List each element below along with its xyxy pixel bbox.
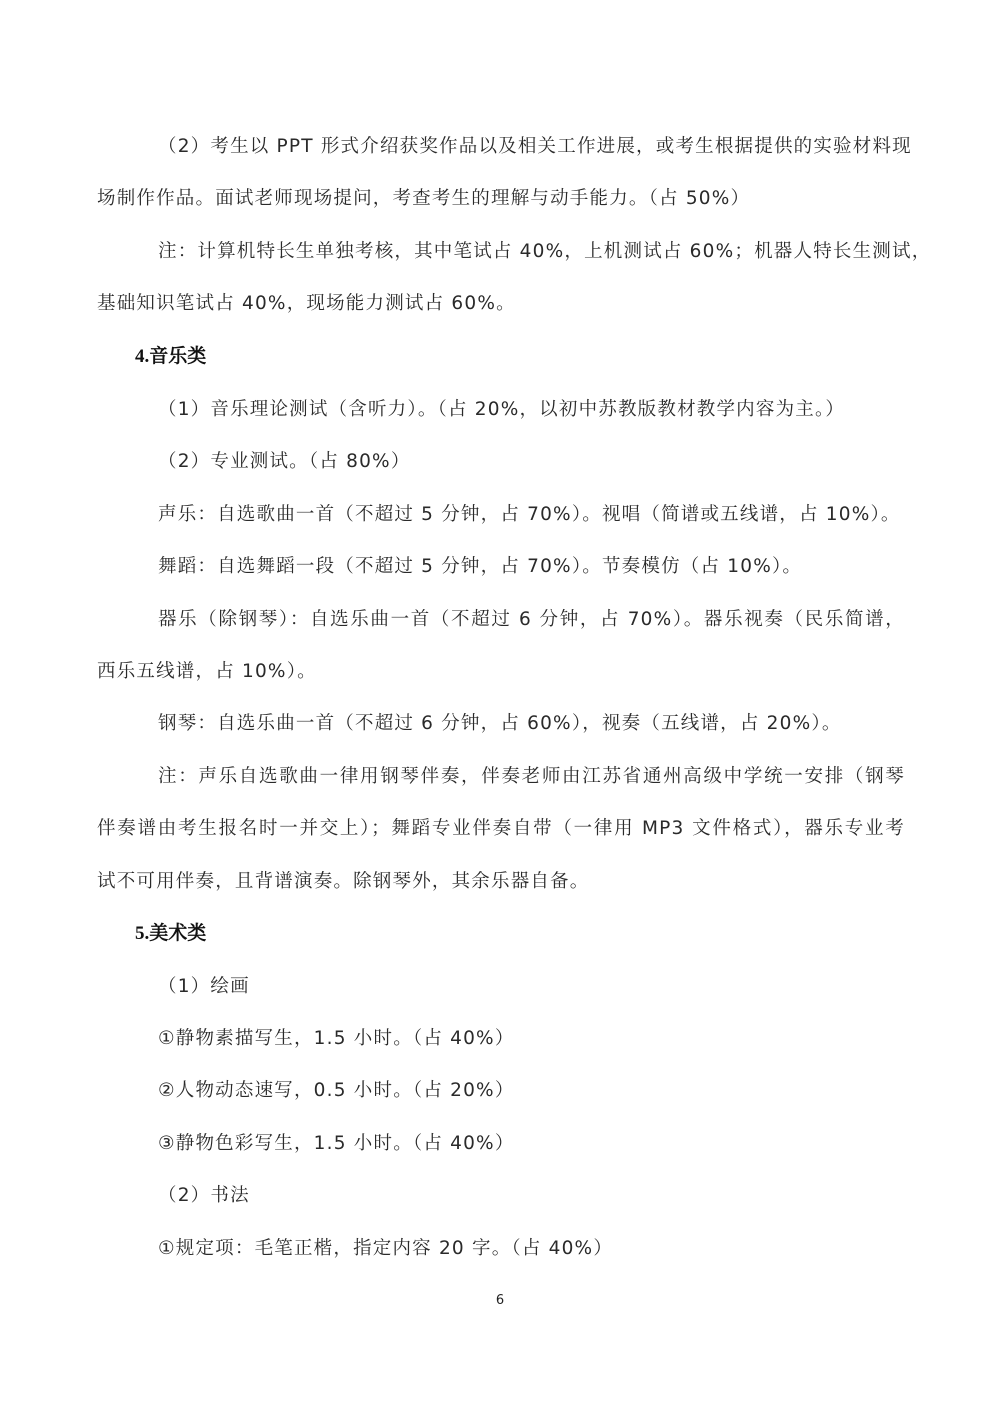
list-item: ②人物动态速写，0.5 小时。（占 20%） [158, 1079, 515, 1103]
document-page: （2）考生以 PPT 形式介绍获奖作品以及相关工作进展，或考生根据提供的实验材料… [0, 0, 1000, 1415]
paragraph-line: 舞蹈：自选舞蹈一段（不超过 5 分钟，占 70%）。节奏模仿（占 10%）。 [158, 555, 802, 579]
paragraph-line: （1）音乐理论测试（含听力）。（占 20%，以初中苏教版教材教学内容为主。） [158, 398, 845, 422]
paragraph-line: 钢琴：自选乐曲一首（不超过 6 分钟，占 60%），视奏（五线谱，占 20%）。 [158, 712, 842, 736]
list-item: ③静物色彩写生，1.5 小时。（占 40%） [158, 1132, 515, 1156]
note-line: 注：计算机特长生单独考核，其中笔试占 40%，上机测试占 60%；机器人特长生测… [158, 240, 905, 264]
paragraph-line: （2）考生以 PPT 形式介绍获奖作品以及相关工作进展，或考生根据提供的实验材料… [158, 135, 905, 159]
paragraph-line: 场制作作品。面试老师现场提问，考查考生的理解与动手能力。（占 50%） [97, 187, 750, 211]
section-heading-art: 5.美术类 [135, 922, 206, 946]
note-line: 试不可用伴奏，且背谱演奏。除钢琴外，其余乐器自备。 [97, 870, 590, 894]
paragraph-line: 声乐：自选歌曲一首（不超过 5 分钟，占 70%）。视唱（简谱或五线谱，占 10… [158, 503, 901, 527]
paragraph-line: 西乐五线谱，占 10%）。 [97, 660, 317, 684]
page-number: 6 [0, 1293, 1000, 1308]
paragraph-line: 器乐（除钢琴）：自选乐曲一首（不超过 6 分钟，占 70%）。器乐视奏（民乐简谱… [158, 608, 905, 632]
list-item: ①规定项：毛笔正楷，指定内容 20 字。（占 40%） [158, 1237, 613, 1261]
subsection-heading: （1）绘画 [158, 975, 250, 999]
note-line: 注：声乐自选歌曲一律用钢琴伴奏，伴奏老师由江苏省通州高级中学统一安排（钢琴 [158, 765, 905, 789]
note-line: 伴奏谱由考生报名时一并交上）；舞蹈专业伴奏自带（一律用 MP3 文件格式），器乐… [97, 817, 905, 841]
section-heading-music: 4.音乐类 [135, 345, 206, 369]
subsection-heading: （2）书法 [158, 1184, 250, 1208]
list-item: ①静物素描写生，1.5 小时。（占 40%） [158, 1027, 515, 1051]
paragraph-line: （2）专业测试。（占 80%） [158, 450, 411, 474]
note-line: 基础知识笔试占 40%，现场能力测试占 60%。 [97, 292, 516, 316]
